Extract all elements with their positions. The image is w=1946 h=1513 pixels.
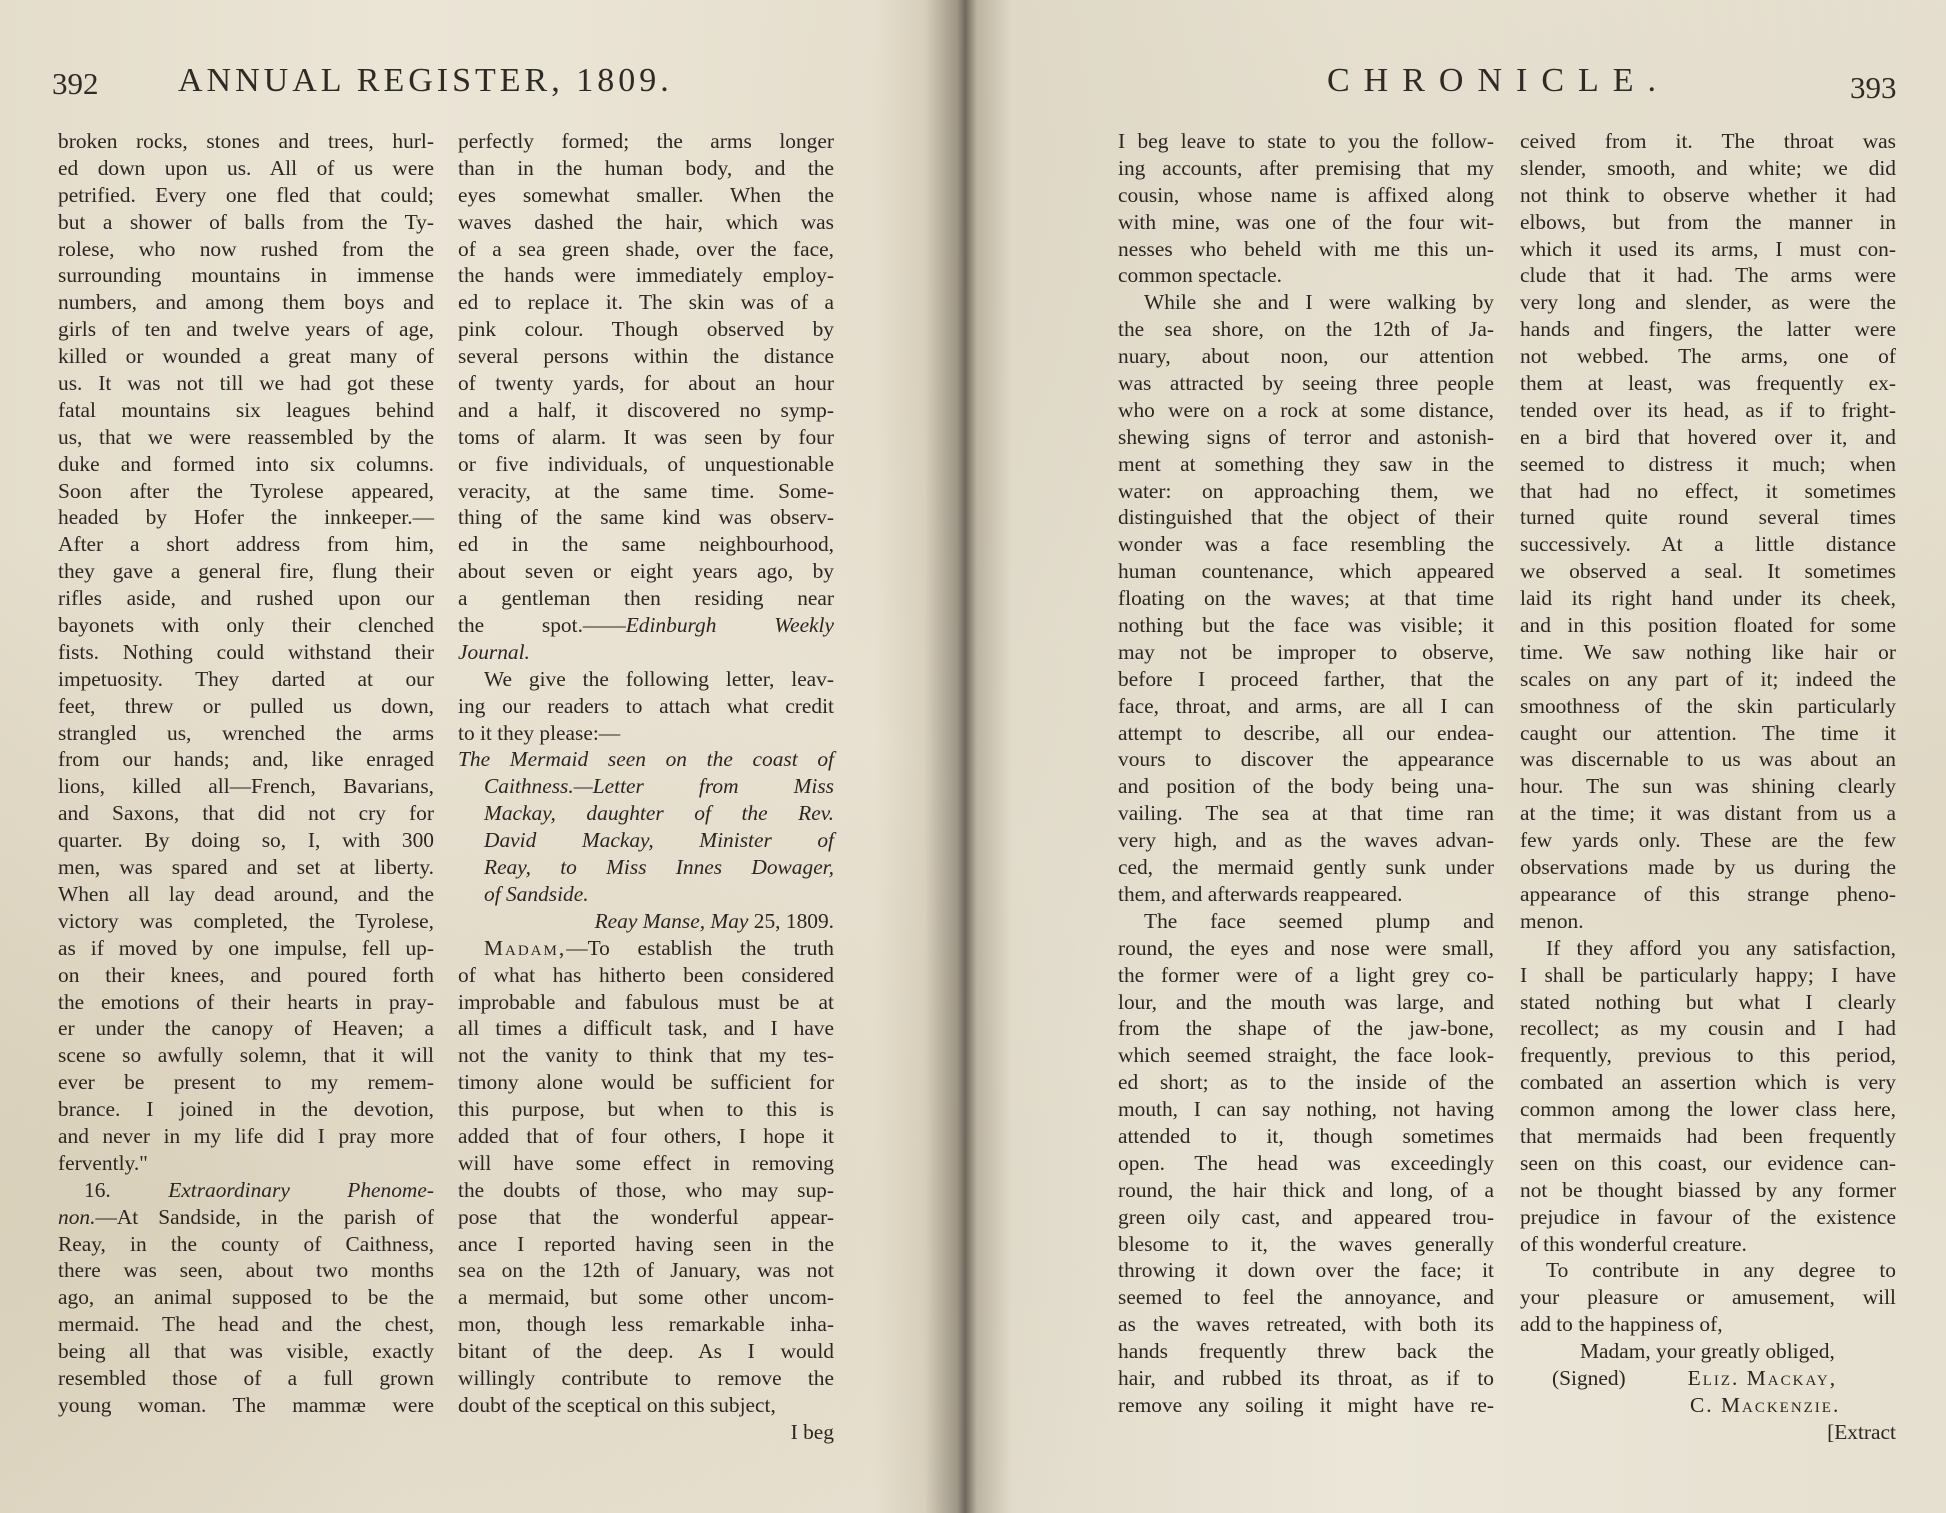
- text-line: the sea shore, on the 12th of Ja-: [1118, 316, 1494, 343]
- text-line: as the waves retreated, with both its: [1118, 1311, 1494, 1338]
- text-line: open. The head was exceedingly: [1118, 1150, 1494, 1177]
- text-line: on their knees, and poured forth: [58, 962, 434, 989]
- text-line: and in this position floated for some: [1520, 612, 1896, 639]
- text-line: blesome to it, the waves generally: [1118, 1231, 1494, 1258]
- text-line: wonder was a face resembling the: [1118, 531, 1494, 558]
- text-line: the former were of a light grey co-: [1118, 962, 1494, 989]
- text-line: fatal mountains six leagues behind: [58, 397, 434, 424]
- text-line: resembled those of a full grown: [58, 1365, 434, 1392]
- text-line: scene so awfully solemn, that it will: [58, 1042, 434, 1069]
- running-head-left: ANNUAL REGISTER, 1809.: [178, 62, 673, 100]
- text-line: Reay, in the county of Caithness,: [58, 1231, 434, 1258]
- text-line: brance. I joined in the devotion,: [58, 1096, 434, 1123]
- text-line: a gentleman then residing near: [458, 585, 834, 612]
- text-line: common among the lower class here,: [1520, 1096, 1896, 1123]
- salutation-line: Madam,—To establish the truth: [458, 935, 834, 962]
- text-line: er under the canopy of Heaven; a: [58, 1015, 434, 1042]
- text-line: ment at something they saw in the: [1118, 451, 1494, 478]
- text-line: hands frequently threw back the: [1118, 1338, 1494, 1365]
- text-line: to it they please:—: [458, 720, 834, 747]
- text-line: of what has hitherto been considered: [458, 962, 834, 989]
- text-line: ed to replace it. The skin was of a: [458, 289, 834, 316]
- text-line: that mermaids had been frequently: [1520, 1123, 1896, 1150]
- text-line: at the time; it was distant from us a: [1520, 800, 1896, 827]
- text-line: Mackay, daughter of the Rev.: [458, 800, 834, 827]
- text-line: distinguished that the object of their: [1118, 504, 1494, 531]
- text-line: duke and formed into six columns.: [58, 451, 434, 478]
- text-line: the doubts of those, who may sup-: [458, 1177, 834, 1204]
- text-line: was attracted by seeing three people: [1118, 370, 1494, 397]
- left-column-1: broken rocks, stones and trees, hurl-ed …: [58, 128, 434, 1419]
- text-line: perfectly formed; the arms longer: [458, 128, 834, 155]
- right-page: CHRONICLE. 393 I beg leave to state to y…: [990, 0, 1946, 1513]
- text-line: time. We saw nothing like hair or: [1520, 639, 1896, 666]
- text-line: attempt to describe, all our endea-: [1118, 720, 1494, 747]
- text-line: doubt of the sceptical on this subject,: [458, 1392, 834, 1419]
- text-line: vours to discover the appearance: [1118, 746, 1494, 773]
- text-line: several persons within the distance: [458, 343, 834, 370]
- text-line: ed down upon us. All of us were: [58, 155, 434, 182]
- dateline: Reay Manse, May 25, 1809.: [458, 908, 834, 935]
- text-line: hour. The sun was shining clearly: [1520, 773, 1896, 800]
- text-line: ance I reported having seen in the: [458, 1231, 834, 1258]
- text-line: this purpose, but when to this is: [458, 1096, 834, 1123]
- book-spread: 392 ANNUAL REGISTER, 1809. broken rocks,…: [0, 0, 1946, 1513]
- text-line: appearance of this strange pheno-: [1520, 881, 1896, 908]
- text-line: nothing but the face was visible; it: [1118, 612, 1494, 639]
- text-line: frequently, previous to this period,: [1520, 1042, 1896, 1069]
- page-number-right: 393: [1850, 70, 1897, 106]
- text-line: stated nothing but what I clearly: [1520, 989, 1896, 1016]
- text-line: headed by Hofer the innkeeper.—: [58, 504, 434, 531]
- closing-line: Madam, your greatly obliged,: [1520, 1338, 1896, 1365]
- text-line: which it used its arms, I must con-: [1520, 236, 1896, 263]
- signature-line-1: (Signed)Eliz. Mackay,: [1520, 1365, 1896, 1392]
- text-line: not be thought biassed by any former: [1520, 1177, 1896, 1204]
- text-line: not webbed. The arms, one of: [1520, 343, 1896, 370]
- text-line: willingly contribute to remove the: [458, 1365, 834, 1392]
- text-line: floating on the waves; at that time: [1118, 585, 1494, 612]
- text-line: laid its right hand under its cheek,: [1520, 585, 1896, 612]
- text-line: of Sandside.: [458, 881, 834, 908]
- text-line: human countenance, which appeared: [1118, 558, 1494, 585]
- text-line: seemed to feel the annoyance, and: [1118, 1284, 1494, 1311]
- text-line: waves dashed the hair, which was: [458, 209, 834, 236]
- text-line: observations made by us during the: [1520, 854, 1896, 881]
- text-line: and position of the body being una-: [1118, 773, 1494, 800]
- text-line: The Mermaid seen on the coast of: [458, 746, 834, 773]
- text-line: bayonets with only their clenched: [58, 612, 434, 639]
- text-line: add to the happiness of,: [1520, 1311, 1896, 1338]
- text-line: which seemed straight, the face look-: [1118, 1042, 1494, 1069]
- text-line: I shall be particularly happy; I have: [1520, 962, 1896, 989]
- letter-opening: —To establish the truth: [566, 936, 834, 960]
- text-line: surrounding mountains in immense: [58, 262, 434, 289]
- text-line: elbows, but from the manner in: [1520, 209, 1896, 236]
- text-line: nuary, about noon, our attention: [1118, 343, 1494, 370]
- text-line: strangled us, wrenched the arms: [58, 720, 434, 747]
- source-prefix: the spot.——: [458, 613, 626, 637]
- text-line: timony alone would be sufficient for: [458, 1069, 834, 1096]
- text-line: ed in the same neighbourhood,: [458, 531, 834, 558]
- text-line: We give the following letter, leav-: [458, 666, 834, 693]
- text-line: very long and slender, as were the: [1520, 289, 1896, 316]
- letter-body: of what has hitherto been consideredimpr…: [458, 962, 834, 1419]
- text-line: young woman. The mammæ were: [58, 1392, 434, 1419]
- text-line: ced, the mermaid gently sunk under: [1118, 854, 1494, 881]
- source-name: Edinburgh Weekly: [626, 613, 834, 637]
- text-line: not the vanity to think that my tes-: [458, 1042, 834, 1069]
- text-line: and Saxons, that did not cry for: [58, 800, 434, 827]
- text-line: the emotions of their hearts in pray-: [58, 989, 434, 1016]
- text-line: ever be present to my remem-: [58, 1069, 434, 1096]
- text-line: girls of ten and twelve years of age,: [58, 316, 434, 343]
- right-column-1-lines: I beg leave to state to you the follow-i…: [1118, 128, 1494, 1419]
- text-line: sea on the 12th of January, was not: [458, 1257, 834, 1284]
- text-line: After a short address from him,: [58, 531, 434, 558]
- text-line: few yards only. These are the few: [1520, 827, 1896, 854]
- text-line: ing accounts, after premising that my: [1118, 155, 1494, 182]
- text-line: rolese, who now rushed from the: [58, 236, 434, 263]
- text-line: Soon after the Tyrolese appeared,: [58, 478, 434, 505]
- section-16-body: Reay, in the county of Caithness,there w…: [58, 1231, 434, 1419]
- text-line: quarter. By doing so, I, with 300: [58, 827, 434, 854]
- text-line: them, and afterwards reappeared.: [1118, 881, 1494, 908]
- text-line: broken rocks, stones and trees, hurl-: [58, 128, 434, 155]
- text-line: green oily cast, and appeared trou-: [1118, 1204, 1494, 1231]
- text-line: While she and I were walking by: [1118, 289, 1494, 316]
- text-line: ing our readers to attach what credit: [458, 693, 834, 720]
- text-line: fervently.": [58, 1150, 434, 1177]
- text-line: round, the eyes and nose were small,: [1118, 935, 1494, 962]
- source-line: the spot.——Edinburgh Weekly: [458, 612, 834, 639]
- text-line: Caithness.—Letter from Miss: [458, 773, 834, 800]
- catchword-left: I beg: [458, 1419, 834, 1446]
- text-line: your pleasure or amusement, will: [1520, 1284, 1896, 1311]
- text-line: and a half, it discovered no symp-: [458, 397, 834, 424]
- text-line: recollect; as my cousin and I had: [1520, 1015, 1896, 1042]
- text-line: petrified. Every one fled that could;: [58, 182, 434, 209]
- text-line: toms of alarm. It was seen by four: [458, 424, 834, 451]
- text-line: improbable and fabulous must be at: [458, 989, 834, 1016]
- signatory-eliz-mackay: Eliz. Mackay,: [1688, 1366, 1837, 1390]
- text-line: us. It was not till we had got these: [58, 370, 434, 397]
- section-text: —At Sandside, in the parish of: [95, 1205, 434, 1229]
- left-page: 392 ANNUAL REGISTER, 1809. broken rocks,…: [0, 0, 960, 1513]
- text-line: but a shower of balls from the Ty-: [58, 209, 434, 236]
- catchword-right: [Extract: [1520, 1419, 1896, 1446]
- text-line: smoothness of the skin particularly: [1520, 693, 1896, 720]
- text-line: ceived from it. The throat was: [1520, 128, 1896, 155]
- text-line: fists. Nothing could withstand their: [58, 639, 434, 666]
- text-line: ago, an animal supposed to be the: [58, 1284, 434, 1311]
- right-column-2-lines: ceived from it. The throat wasslender, s…: [1520, 128, 1896, 1338]
- text-line: them at least, was frequently ex-: [1520, 370, 1896, 397]
- text-line: mouth, I can say nothing, not having: [1118, 1096, 1494, 1123]
- text-line: men, was spared and set at liberty.: [58, 854, 434, 881]
- section-16-heading: 16. Extraordinary Phenome-: [58, 1177, 434, 1204]
- text-line: us, that we were reassembled by the: [58, 424, 434, 451]
- left-column-2: perfectly formed; the arms longerthan in…: [458, 128, 834, 1446]
- text-line: victory was completed, the Tyrolese,: [58, 908, 434, 935]
- text-line: If they afford you any satisfaction,: [1520, 935, 1896, 962]
- section-title: Extraordinary Phenome-: [168, 1178, 434, 1202]
- text-line: added that of four others, I hope it: [458, 1123, 834, 1150]
- text-line: seemed to distress it much; when: [1520, 451, 1896, 478]
- text-line: being all that was visible, exactly: [58, 1338, 434, 1365]
- text-line: will have some effect in removing: [458, 1150, 834, 1177]
- text-line: of this wonderful creature.: [1520, 1231, 1896, 1258]
- dateline-place: Reay Manse, May: [595, 909, 749, 933]
- text-line: eyes somewhat smaller. When the: [458, 182, 834, 209]
- text-line: I beg leave to state to you the follow-: [1118, 128, 1494, 155]
- text-line: lour, and the mouth was large, and: [1118, 989, 1494, 1016]
- text-line: water: on approaching them, we: [1118, 478, 1494, 505]
- text-line: was discernable to us was about an: [1520, 746, 1896, 773]
- text-line: the hands were immediately employ-: [458, 262, 834, 289]
- letter-heading: The Mermaid seen on the coast ofCaithnes…: [458, 746, 834, 907]
- text-line: clude that it had. The arms were: [1520, 262, 1896, 289]
- text-line: Reay, to Miss Innes Dowager,: [458, 854, 834, 881]
- text-line: killed or wounded a great many of: [58, 343, 434, 370]
- text-line: menon.: [1520, 908, 1896, 935]
- text-line: ed short; as to the inside of the: [1118, 1069, 1494, 1096]
- text-line: a mermaid, but some other uncom-: [458, 1284, 834, 1311]
- text-line: combated an assertion which is very: [1520, 1069, 1896, 1096]
- text-line: thing of the same kind was observ-: [458, 504, 834, 531]
- text-line: they gave a general fire, flung their: [58, 558, 434, 585]
- text-line: seen on this coast, our evidence can-: [1520, 1150, 1896, 1177]
- text-line: impetuosity. They darted at our: [58, 666, 434, 693]
- text-line: remove any soiling it might have re-: [1118, 1392, 1494, 1419]
- right-column-2: ceived from it. The throat wasslender, s…: [1520, 128, 1896, 1446]
- text-line: not think to observe whether it had: [1520, 182, 1896, 209]
- text-line: we observed a seal. It sometimes: [1520, 558, 1896, 585]
- text-line: hair, and rubbed its throat, as if to: [1118, 1365, 1494, 1392]
- mermaid-report-text: perfectly formed; the arms longerthan in…: [458, 128, 834, 612]
- text-line: and never in my life did I pray more: [58, 1123, 434, 1150]
- text-line: rifles aside, and rushed upon our: [58, 585, 434, 612]
- dateline-date: 25, 1809.: [748, 909, 834, 933]
- text-line: cousin, whose name is affixed along: [1118, 182, 1494, 209]
- text-line: caught our attention. The time it: [1520, 720, 1896, 747]
- salutation: Madam,: [484, 936, 566, 960]
- text-line: that had no effect, it sometimes: [1520, 478, 1896, 505]
- text-line: successively. At a little distance: [1520, 531, 1896, 558]
- text-line: prejudice in favour of the existence: [1520, 1204, 1896, 1231]
- text-line: of twenty yards, for about an hour: [458, 370, 834, 397]
- text-line: from the shape of the jaw-bone,: [1118, 1015, 1494, 1042]
- text-line: veracity, at the same time. Some-: [458, 478, 834, 505]
- section-title-cont: non.: [58, 1205, 95, 1229]
- text-line: of a sea green shade, over the face,: [458, 236, 834, 263]
- text-line: face, throat, and arms, are all I can: [1118, 693, 1494, 720]
- text-line: round, the hair thick and long, of a: [1118, 1177, 1494, 1204]
- text-line: vailing. The sea at that time ran: [1118, 800, 1494, 827]
- text-line: throwing it down over the face; it: [1118, 1257, 1494, 1284]
- section-16-first-line: non.—At Sandside, in the parish of: [58, 1204, 434, 1231]
- text-line: lions, killed all—French, Bavarians,: [58, 773, 434, 800]
- text-line: mon, though less remarkable inha-: [458, 1311, 834, 1338]
- text-line: before I proceed farther, that the: [1118, 666, 1494, 693]
- source-line-2: Journal.: [458, 639, 834, 666]
- text-line: When all lay dead around, and the: [58, 881, 434, 908]
- text-line: scales on any part of it; indeed the: [1520, 666, 1896, 693]
- text-line: The face seemed plump and: [1118, 908, 1494, 935]
- text-line: than in the human body, and the: [458, 155, 834, 182]
- text-line: there was seen, about two months: [58, 1257, 434, 1284]
- text-line: numbers, and among them boys and: [58, 289, 434, 316]
- text-line: bitant of the deep. As I would: [458, 1338, 834, 1365]
- text-line: en a bird that hovered over it, and: [1520, 424, 1896, 451]
- left-column-1-lines: broken rocks, stones and trees, hurl-ed …: [58, 128, 434, 1177]
- running-head-right: CHRONICLE.: [1327, 62, 1670, 100]
- text-line: attended to it, though sometimes: [1118, 1123, 1494, 1150]
- text-line: David Mackay, Minister of: [458, 827, 834, 854]
- signatory-c-mackenzie: C. Mackenzie.: [1690, 1393, 1840, 1417]
- text-line: from our hands; and, like enraged: [58, 746, 434, 773]
- text-line: feet, threw or pulled us down,: [58, 693, 434, 720]
- text-line: about seven or eight years ago, by: [458, 558, 834, 585]
- text-line: who were on a rock at some distance,: [1118, 397, 1494, 424]
- text-line: hands and fingers, the latter were: [1520, 316, 1896, 343]
- text-line: with mine, was one of the four wit-: [1118, 209, 1494, 236]
- text-line: as if moved by one impulse, fell up-: [58, 935, 434, 962]
- text-line: slender, smooth, and white; we did: [1520, 155, 1896, 182]
- text-line: all times a difficult task, and I have: [458, 1015, 834, 1042]
- text-line: common spectacle.: [1118, 262, 1494, 289]
- text-line: tended over its head, as if to fright-: [1520, 397, 1896, 424]
- closing: Madam, your greatly obliged,: [1580, 1339, 1835, 1363]
- text-line: or five individuals, of unquestionable: [458, 451, 834, 478]
- text-line: may not be improper to observe,: [1118, 639, 1494, 666]
- text-line: pink colour. Though observed by: [458, 316, 834, 343]
- section-number: 16.: [84, 1178, 111, 1202]
- page-number-left: 392: [52, 66, 99, 102]
- text-line: nesses who beheld with me this un-: [1118, 236, 1494, 263]
- signed-label: (Signed): [1552, 1366, 1626, 1390]
- right-column-1: I beg leave to state to you the follow-i…: [1118, 128, 1494, 1419]
- text-line: very high, and as the waves advan-: [1118, 827, 1494, 854]
- signature-line-2: C. Mackenzie.: [1520, 1392, 1896, 1419]
- text-line: pose that the wonderful appear-: [458, 1204, 834, 1231]
- text-line: shewing signs of terror and astonish-: [1118, 424, 1494, 451]
- text-line: mermaid. The head and the chest,: [58, 1311, 434, 1338]
- text-line: To contribute in any degree to: [1520, 1257, 1896, 1284]
- intro-text: We give the following letter, leav-ing o…: [458, 666, 834, 747]
- text-line: turned quite round several times: [1520, 504, 1896, 531]
